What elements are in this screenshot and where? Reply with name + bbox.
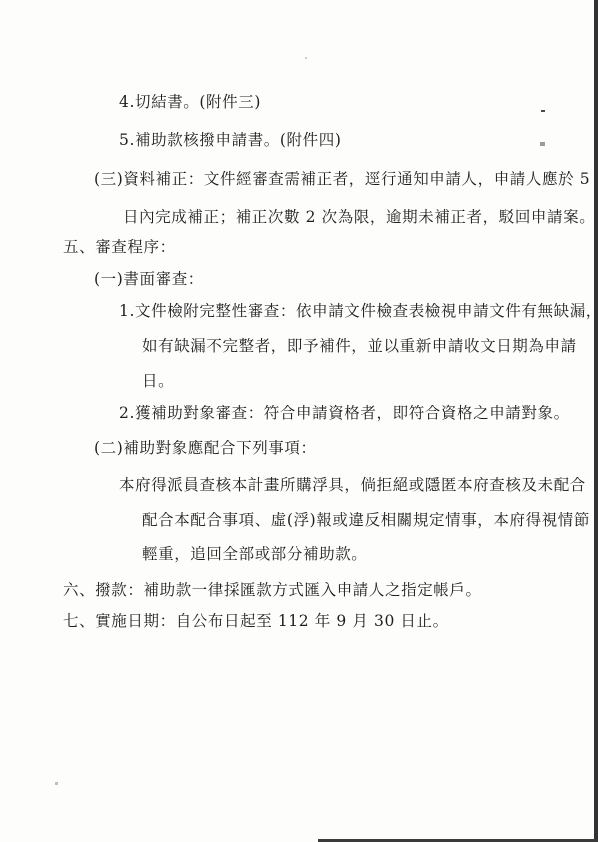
doc-line-implementation-date: 七、實施日期：自公布日起至 112 年 9 月 30 日止。: [63, 612, 449, 631]
doc-line-inspection-clause-2: 配合本配合事項、虛(浮)報或違反相關規定情事，本府得視情節: [142, 511, 590, 530]
doc-line-inspection-clause-1: 本府得派員查核本計畫所購浮具，倘拒絕或隱匿本府查核及未配合: [119, 476, 586, 495]
doc-line-eligibility-review: 2.獲補助對象審查：符合申請資格者，即符合資格之申請對象。: [119, 404, 570, 423]
scan-edge-right-bar: [594, 0, 598, 842]
document-page: 4.切結書。(附件三) 5.補助款核撥申請書。(附件四) (三)資料補正：文件經…: [0, 0, 598, 842]
scan-speck: [541, 110, 545, 112]
doc-line-disbursement: 六、撥款：補助款一律採匯款方式匯入申請人之指定帳戶。: [63, 581, 482, 600]
doc-line-written-review-head: (一)書面審查：: [94, 270, 204, 289]
scan-speck: [305, 57, 307, 59]
doc-line-data-correction-2: 日內完成補正；補正次數 2 次為限，逾期未補正者，駁回申請案。: [123, 208, 595, 227]
doc-line-completeness-check-1: 1.文件檢附完整性審查：依申請文件檢查表檢視申請文件有無缺漏，: [119, 302, 598, 321]
doc-line-grant-application: 5.補助款核撥申請書。(附件四): [119, 131, 341, 150]
doc-line-data-correction-1: (三)資料補正：文件經審查需補正者，逕行通知申請人，申請人應於 5: [94, 170, 590, 189]
doc-line-affidavit: 4.切結書。(附件三): [119, 93, 261, 112]
doc-line-recipient-duties-head: (二)補助對象應配合下列事項：: [94, 439, 317, 458]
doc-line-inspection-clause-3: 輕重，追回全部或部分補助款。: [142, 545, 367, 564]
doc-line-review-procedure-head: 五、審查程序：: [63, 238, 176, 257]
doc-line-completeness-check-3: 日。: [142, 372, 174, 391]
scan-speck: [540, 142, 545, 146]
scan-speck: [55, 782, 58, 785]
doc-line-completeness-check-2: 如有缺漏不完整者，即予補件，並以重新申請收文日期為申請: [142, 337, 577, 356]
